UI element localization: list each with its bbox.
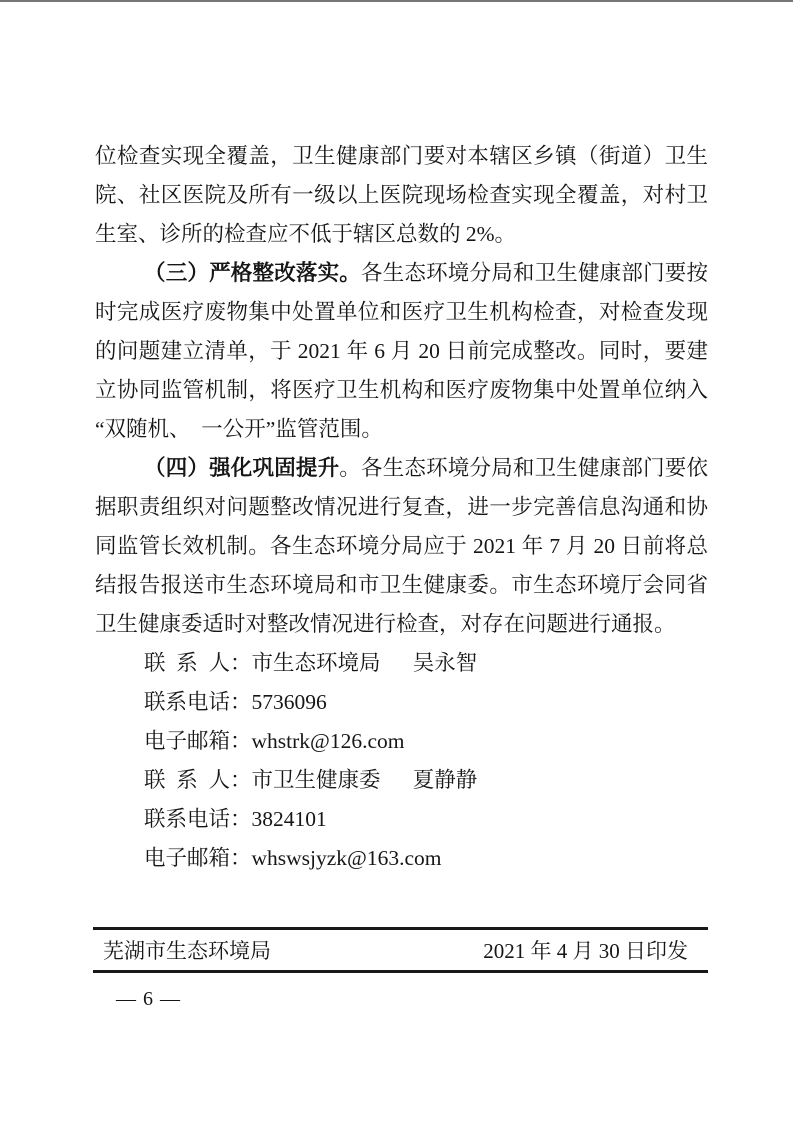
text-line: 结报告报送市生态环境局和市卫生健康委。市生态环境厅会同省: [95, 566, 708, 605]
section-heading-run: （四）强化巩固提升: [144, 456, 339, 480]
text-line: 同监管长效机制。各生态环境分局应于 2021 年 7 月 20 日前将总: [95, 527, 708, 566]
text-line: 联 系 人：市生态环境局 吴永智: [95, 644, 708, 683]
text-line: 院、社区医院及所有一级以上医院现场检查实现全覆盖，对村卫: [95, 176, 708, 215]
scan-edge-artifact: [0, 0, 793, 2]
text-run: 结报告报送市生态环境局和市卫生健康委。市生态环境厅会同省: [95, 573, 708, 597]
text-run: 电子邮箱：whstrk@126.com: [144, 729, 404, 753]
footer-row: 芜湖市生态环境局 2021 年 4 月 30 日印发: [93, 930, 708, 970]
text-run: 的问题建立清单，于 2021 年 6 月 20 日前完成整改。同时，要建: [95, 339, 708, 363]
text-run: 联系电话：3824101: [144, 807, 327, 831]
text-line: （三）严格整改落实。各生态环境分局和卫生健康部门要按: [95, 254, 708, 293]
page-number: — 6 —: [116, 988, 181, 1011]
text-run: 联 系 人：市卫生健康委 夏静静: [144, 768, 477, 792]
text-run: 联系电话：5736096: [144, 690, 327, 714]
text-run: 电子邮箱：whswsjyzk@163.com: [144, 846, 442, 870]
document-page: 位检查实现全覆盖，卫生健康部门要对本辖区乡镇（街道）卫生院、社区医院及所有一级以…: [0, 0, 793, 1122]
text-line: “双随机、 一公开”监管范围。: [95, 410, 708, 449]
text-line: 联系电话：3824101: [95, 800, 708, 839]
text-line: 立协同监管机制，将医疗卫生机构和医疗废物集中处置单位纳入: [95, 371, 708, 410]
text-line: 联 系 人：市卫生健康委 夏静静: [95, 761, 708, 800]
text-run: 联 系 人：市生态环境局 吴永智: [144, 651, 477, 675]
text-line: 电子邮箱：whstrk@126.com: [95, 722, 708, 761]
document-body: 位检查实现全覆盖，卫生健康部门要对本辖区乡镇（街道）卫生院、社区医院及所有一级以…: [95, 137, 708, 878]
text-run: 位检查实现全覆盖，卫生健康部门要对本辖区乡镇（街道）卫生: [95, 144, 708, 168]
text-run: 院、社区医院及所有一级以上医院现场检查实现全覆盖，对村卫: [95, 183, 708, 207]
footer-issuer: 芜湖市生态环境局: [103, 935, 271, 965]
text-run: 生室、诊所的检查应不低于辖区总数的 2%。: [95, 222, 516, 246]
text-run: 据职责组织对问题整改情况进行复查，进一步完善信息沟通和协: [95, 495, 708, 519]
text-line: 卫生健康委适时对整改情况进行检查，对存在问题进行通报。: [95, 605, 708, 644]
text-run: 卫生健康委适时对整改情况进行检查，对存在问题进行通报。: [95, 612, 676, 636]
text-run: 立协同监管机制，将医疗卫生机构和医疗废物集中处置单位纳入: [95, 378, 708, 402]
text-run: “双随机、 一公开”监管范围。: [95, 417, 383, 441]
text-line: 联系电话：5736096: [95, 683, 708, 722]
text-line: 据职责组织对问题整改情况进行复查，进一步完善信息沟通和协: [95, 488, 708, 527]
text-line: 位检查实现全覆盖，卫生健康部门要对本辖区乡镇（街道）卫生: [95, 137, 708, 176]
footer-print-date: 2021 年 4 月 30 日印发: [483, 935, 688, 965]
text-line: （四）强化巩固提升。各生态环境分局和卫生健康部门要依: [95, 449, 708, 488]
text-run: 时完成医疗废物集中处置单位和医疗卫生机构检查，对检查发现: [95, 300, 708, 324]
section-heading-run: （三）严格整改落实。: [144, 261, 361, 285]
text-run: 。各生态环境分局和卫生健康部门要依: [339, 456, 708, 480]
text-line: 生室、诊所的检查应不低于辖区总数的 2%。: [95, 215, 708, 254]
text-line: 时完成医疗废物集中处置单位和医疗卫生机构检查，对检查发现: [95, 293, 708, 332]
footer-rule-bottom: [93, 970, 708, 973]
text-run: 同监管长效机制。各生态环境分局应于 2021 年 7 月 20 日前将总: [95, 534, 708, 558]
text-run: 各生态环境分局和卫生健康部门要按: [361, 261, 708, 285]
text-line: 的问题建立清单，于 2021 年 6 月 20 日前完成整改。同时，要建: [95, 332, 708, 371]
text-line: 电子邮箱：whswsjyzk@163.com: [95, 839, 708, 878]
